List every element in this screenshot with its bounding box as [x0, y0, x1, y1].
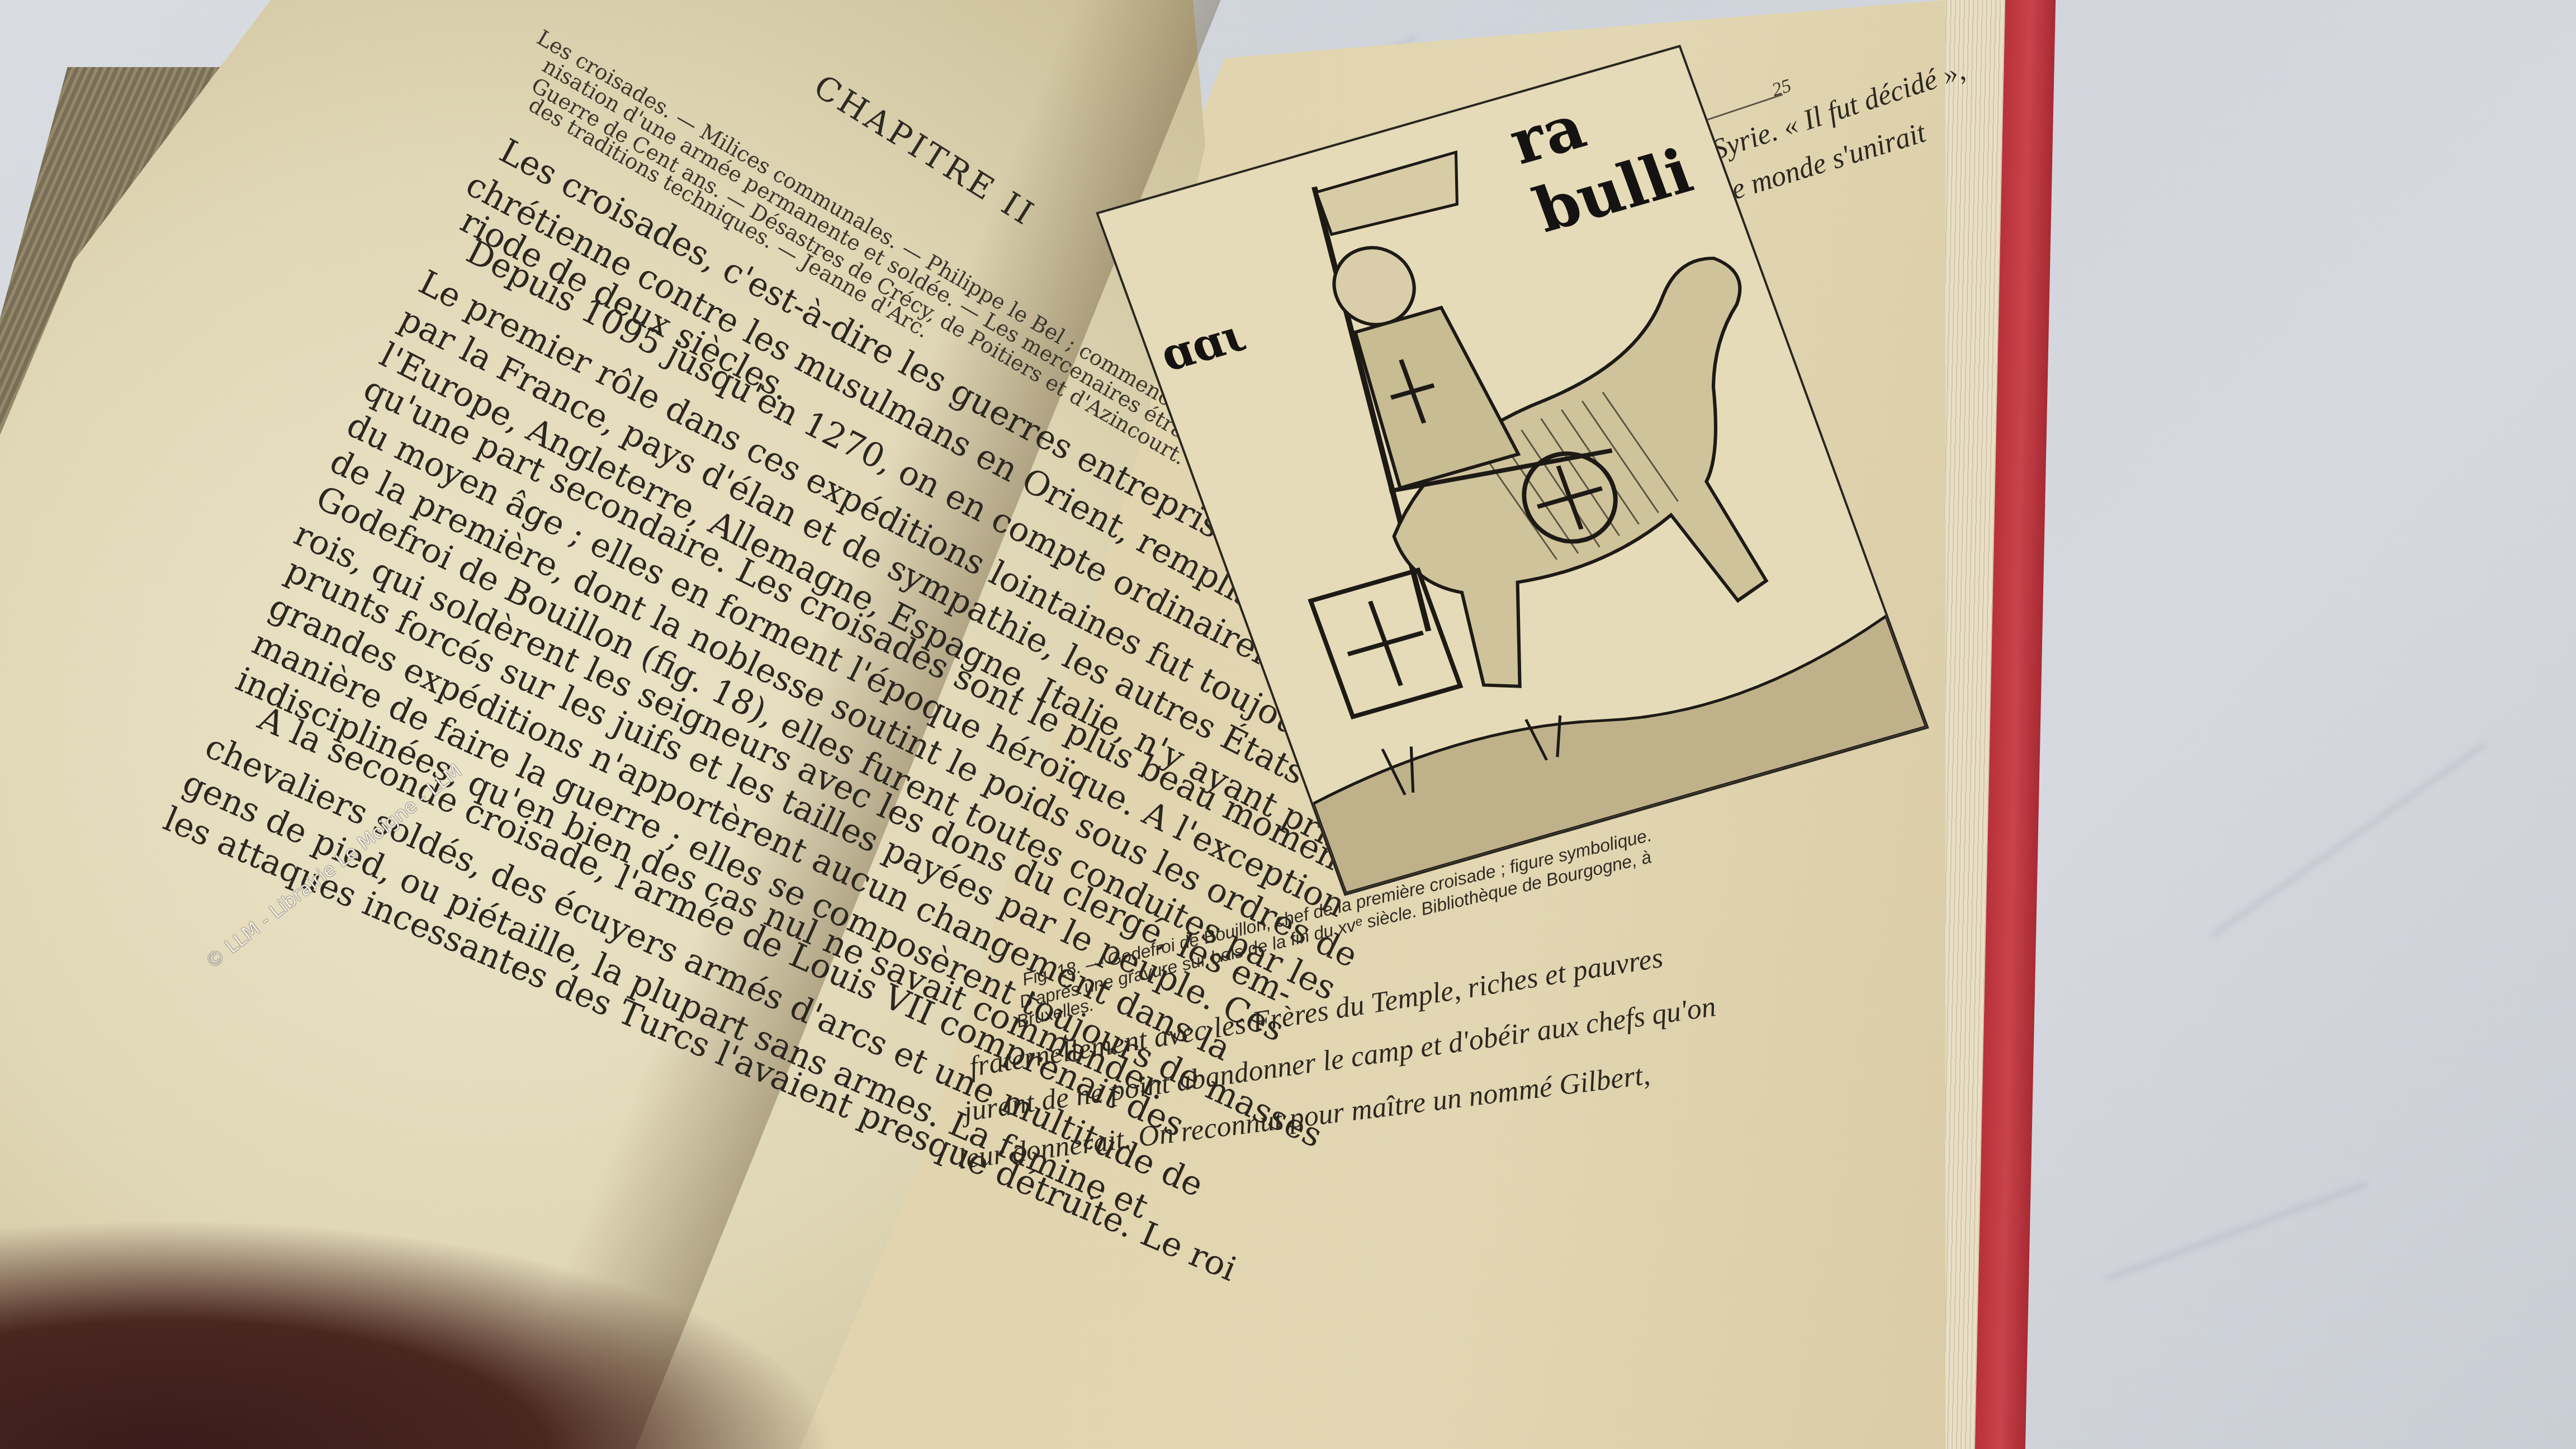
bottom-cover-shadow — [0, 1219, 839, 1449]
marble-vein — [2104, 1182, 2368, 1281]
marble-vein — [2210, 742, 2487, 937]
